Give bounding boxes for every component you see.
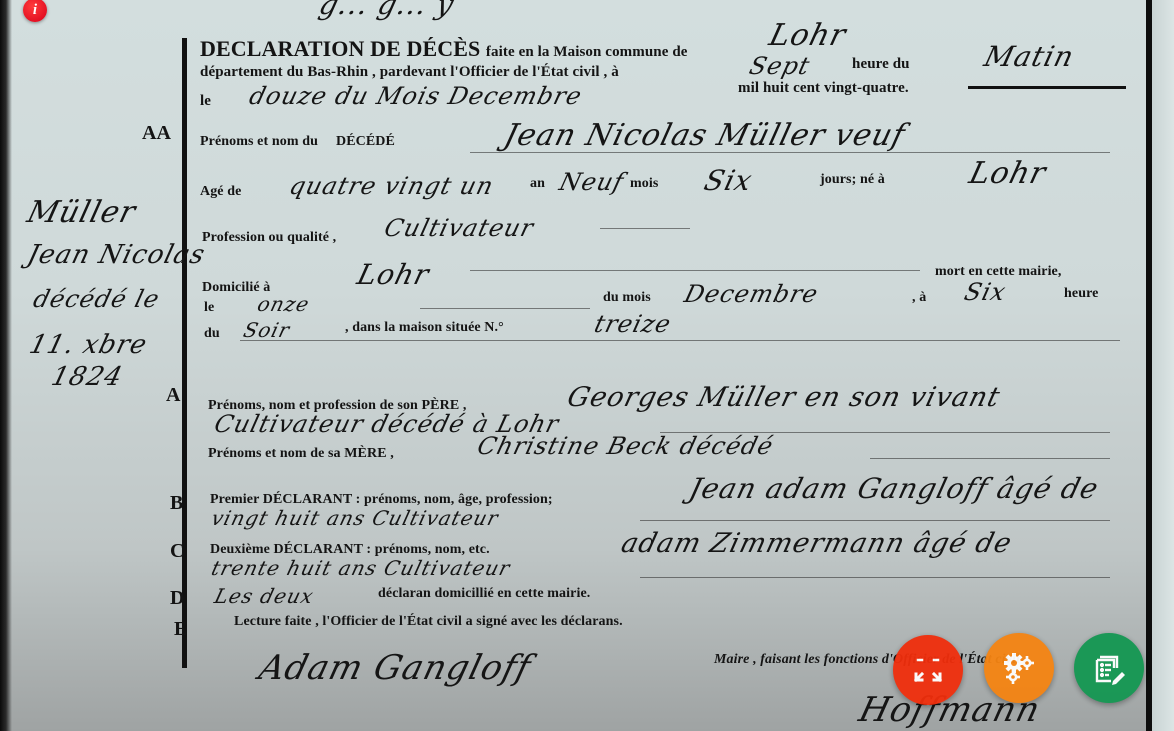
- margin-line-2: Jean Nicolas: [24, 240, 208, 270]
- form-left-rule: [182, 38, 187, 668]
- letter-code-a: A: [166, 384, 180, 407]
- clipboard-edit-icon: [1089, 648, 1129, 688]
- margin-line-5: 1824: [48, 362, 126, 392]
- death-day-handwritten: onze: [255, 292, 312, 316]
- heure-label: heure: [1064, 286, 1098, 302]
- death-hour-handwritten: Six: [962, 278, 1010, 306]
- father-handwritten-1: Georges Müller en son vivant: [564, 382, 1003, 413]
- second-declarant-handwritten-1: adam Zimmermann âgé de: [618, 528, 1015, 559]
- letter-code-c: C: [170, 540, 184, 563]
- transcribe-button[interactable]: [1074, 633, 1144, 703]
- first-declarant-handwritten-2: vingt huit ans Cultivateur: [209, 506, 501, 530]
- both-declarants-handwritten: Les deux: [212, 584, 317, 608]
- form-title: DECLARATION DE DÉCÈS faite en la Maison …: [200, 36, 688, 62]
- gears-icon: [999, 648, 1039, 688]
- du-label: du: [204, 326, 220, 342]
- death-period-handwritten: Soir: [241, 318, 293, 342]
- margin-line-3: décédé le: [31, 285, 163, 313]
- period-handwritten: Matin: [981, 40, 1078, 73]
- fill-line: [640, 577, 1110, 578]
- fill-line: [240, 340, 1120, 341]
- birthplace-handwritten: Lohr: [966, 156, 1050, 191]
- declarant-signature: Adam Gangloff: [255, 648, 535, 688]
- house-number-handwritten: treize: [592, 310, 675, 338]
- days-handwritten: Six: [701, 164, 756, 197]
- info-icon: i: [33, 2, 37, 19]
- mother-label: Prénoms et nom de sa MÈRE ,: [208, 446, 394, 462]
- settings-button[interactable]: [984, 633, 1054, 703]
- a-label: , à: [912, 290, 926, 306]
- fill-line: [470, 270, 920, 271]
- profession-handwritten: Cultivateur: [382, 214, 537, 242]
- deceased-caps: DÉCÉDÉ: [336, 134, 395, 149]
- an-label: an: [530, 176, 545, 192]
- le-label: le: [200, 93, 211, 110]
- date-handwritten: douze du Mois Decembre: [247, 82, 586, 110]
- age-years-handwritten: quatre vingt un: [287, 172, 497, 200]
- fill-line: [640, 520, 1110, 521]
- expand-arrows-icon: [908, 650, 948, 690]
- le-death-label: le: [204, 300, 214, 316]
- header-rule: [968, 86, 1126, 89]
- death-month-handwritten: Decembre: [682, 280, 822, 308]
- months-handwritten: Neuf: [557, 168, 628, 196]
- deceased-label-text: Prénoms et nom du: [200, 134, 318, 149]
- heure-du-label: heure du: [852, 56, 910, 73]
- letter-code-aa: AA: [142, 122, 171, 145]
- fill-line: [470, 152, 1110, 153]
- letter-code-b: B: [170, 492, 183, 515]
- expand-button[interactable]: [893, 635, 963, 705]
- letter-code-d: D: [170, 587, 184, 610]
- cutoff-handwriting: g... g... y: [316, 0, 458, 21]
- hour-handwritten: Sept: [747, 52, 814, 80]
- margin-line-1: Müller: [24, 195, 140, 230]
- deceased-name-label: Prénoms et nom du DÉCÉDÉ: [200, 134, 395, 150]
- deceased-name-handwritten: Jean Nicolas Müller veuf: [501, 118, 909, 153]
- lecture-label: Lecture faite , l'Officier de l'État civ…: [234, 614, 623, 630]
- profession-label: Profession ou qualité ,: [202, 230, 336, 246]
- maison-label: , dans la maison située N.°: [345, 320, 504, 336]
- jours-label: jours; né à: [820, 172, 885, 188]
- letter-code-e: E: [174, 618, 187, 641]
- adjacent-page-strip: [1152, 0, 1174, 731]
- fill-line: [420, 308, 590, 309]
- document-image-viewer[interactable]: g... g... y DECLARATION DE DÉCÈS faite e…: [0, 0, 1174, 731]
- second-declarant-handwritten-2: trente huit ans Cultivateur: [209, 556, 513, 580]
- page-edge-shadow: [0, 0, 12, 731]
- du-mois-label: du mois: [603, 290, 651, 306]
- commune-handwritten: Lohr: [766, 18, 850, 53]
- both-declarants-label: déclaran domicillié en cette mairie.: [378, 586, 590, 602]
- year-printed: mil huit cent vingt-quatre.: [738, 80, 909, 97]
- title-caps: DECLARATION DE DÉCÈS: [200, 36, 480, 61]
- fill-line: [870, 458, 1110, 459]
- first-declarant-handwritten-1: Jean adam Gangloff âgé de: [686, 472, 1102, 505]
- mois-label: mois: [630, 176, 658, 192]
- header-line-2: département du Bas-Rhin , pardevant l'Of…: [200, 64, 619, 81]
- maire-label: Maire , faisant les fonctions d'Officier…: [714, 652, 1027, 668]
- info-badge[interactable]: i: [23, 0, 47, 22]
- age-label: Agé de: [200, 184, 241, 200]
- mother-handwritten: Christine Beck décédé: [475, 432, 777, 460]
- domicile-handwritten: Lohr: [354, 258, 433, 291]
- title-rest: faite en la Maison commune de: [486, 44, 688, 60]
- margin-line-4: 11. xbre: [26, 330, 150, 360]
- fill-line: [600, 228, 690, 229]
